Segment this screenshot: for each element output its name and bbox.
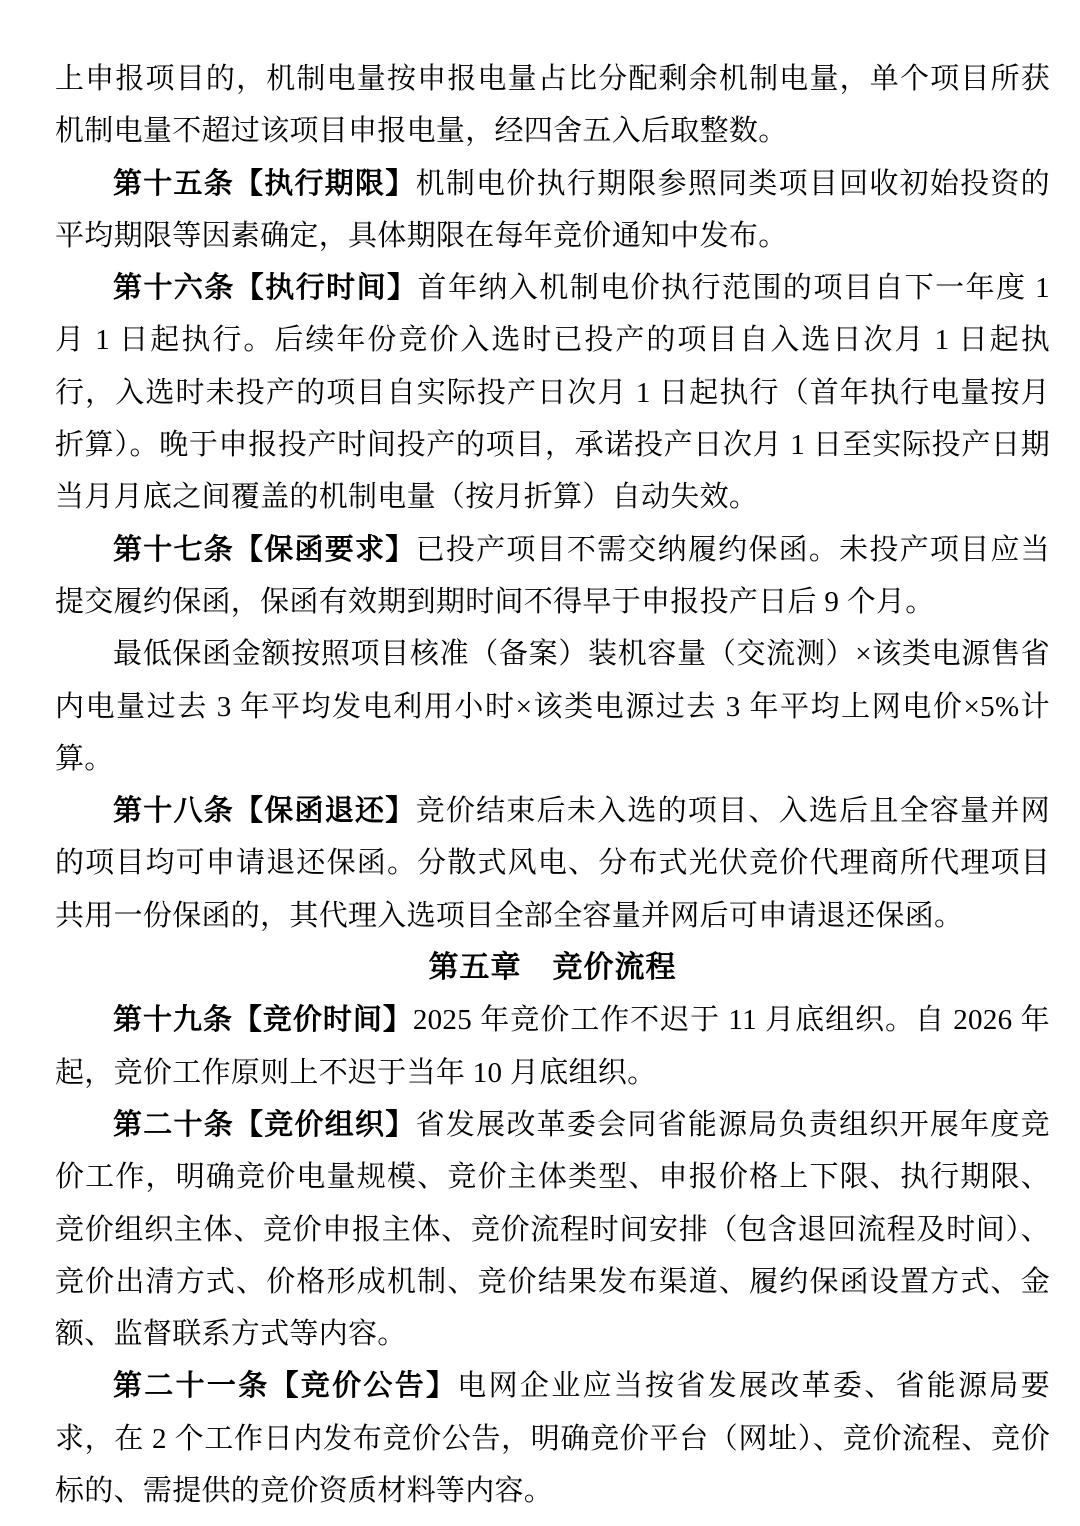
article-15: 第十五条【执行期限】机制电价执行期限参照同类项目回收初始投资的平均期限等因素确定…: [55, 158, 1050, 263]
paragraph-text: 最低保函金额按照项目核准（备案）装机容量（交流测）×该类电源售省内电量过去 3 …: [55, 638, 1050, 775]
article-18-title: 第十八条【保函退还】: [113, 795, 416, 827]
article-16-text: 首年纳入机制电价执行范围的项目自下一年度 1 月 1 日起执行。后续年份竞价入选…: [55, 272, 1050, 513]
document-page: 上申报项目的，机制电量按申报电量占比分配剩余机制电量，单个项目所获机制电量不超过…: [0, 0, 1080, 1526]
article-17: 第十七条【保函要求】已投产项目不需交纳履约保函。未投产项目应当提交履约保函，保函…: [55, 524, 1050, 629]
article-19: 第十九条【竞价时间】2025 年竞价工作不迟于 11 月底组织。自 2026 年…: [55, 994, 1050, 1099]
article-18: 第十八条【保函退还】竞价结束后未入选的项目、入选后且全容量并网的项目均可申请退还…: [55, 785, 1050, 942]
article-20-title: 第二十条【竞价组织】: [113, 1109, 416, 1141]
paragraph-continuation: 上申报项目的，机制电量按申报电量占比分配剩余机制电量，单个项目所获机制电量不超过…: [55, 53, 1050, 158]
article-16-title: 第十六条【执行时间】: [113, 272, 418, 304]
article-21-title: 第二十一条【竞价公告】: [113, 1370, 457, 1402]
paragraph-guarantee-amount: 最低保函金额按照项目核准（备案）装机容量（交流测）×该类电源售省内电量过去 3 …: [55, 628, 1050, 785]
article-20-text: 省发展改革委会同省能源局负责组织开展年度竞价工作，明确竞价电量规模、竞价主体类型…: [55, 1109, 1050, 1350]
article-15-title: 第十五条【执行期限】: [113, 168, 416, 200]
chapter-5-heading: 第五章 竞价流程: [55, 942, 1050, 994]
article-16: 第十六条【执行时间】首年纳入机制电价执行范围的项目自下一年度 1 月 1 日起执…: [55, 262, 1050, 523]
paragraph-text: 上申报项目的，机制电量按申报电量占比分配剩余机制电量，单个项目所获机制电量不超过…: [55, 63, 1050, 147]
article-21: 第二十一条【竞价公告】电网企业应当按省发展改革委、省能源局要求，在 2 个工作日…: [55, 1360, 1050, 1517]
article-20: 第二十条【竞价组织】省发展改革委会同省能源局负责组织开展年度竞价工作，明确竞价电…: [55, 1099, 1050, 1360]
article-19-title: 第十九条【竞价时间】: [113, 1004, 413, 1036]
article-17-title: 第十七条【保函要求】: [113, 534, 416, 566]
